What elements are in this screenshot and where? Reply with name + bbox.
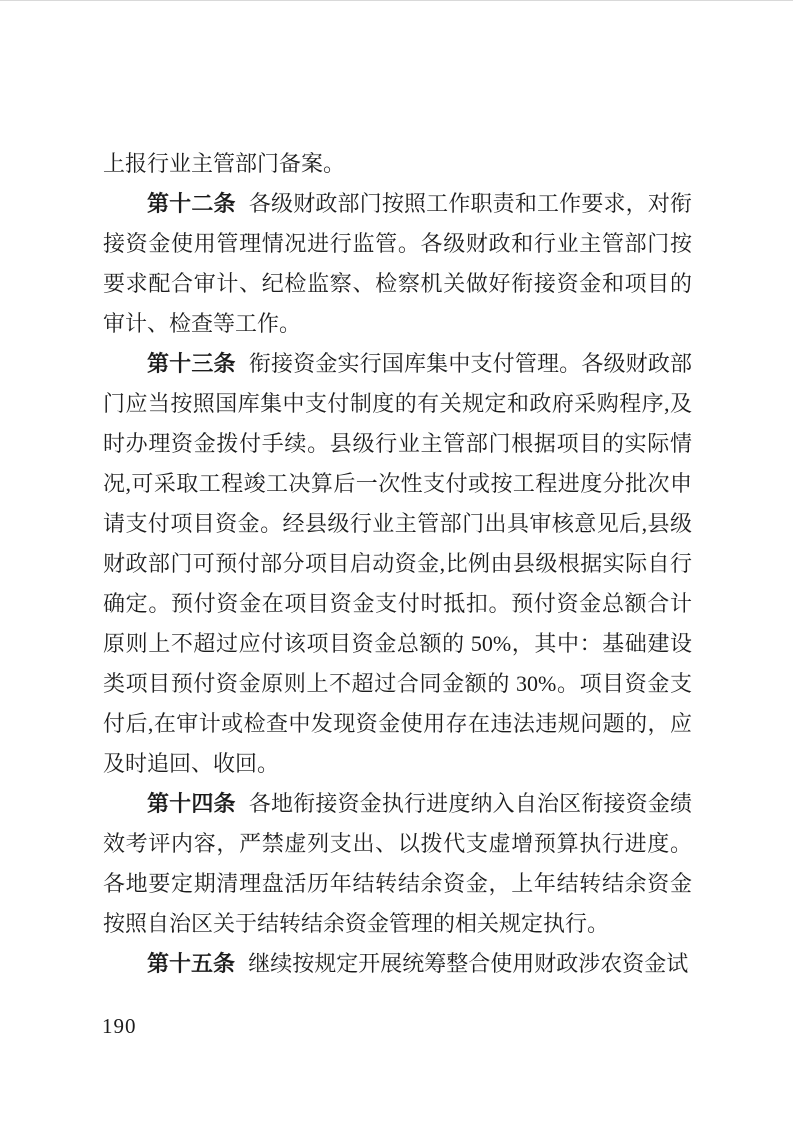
paragraph: 上报行业主管部门备案。 [103,144,692,184]
paragraph: 第十二条各级财政部门按照工作职责和工作要求，对衔接资金使用管理情况进行监管。各级… [103,184,692,344]
paragraph-text: 上报行业主管部门备案。 [103,151,345,176]
paragraph: 第十三条衔接资金实行国库集中支付管理。各级财政部门应当按照国库集中支付制度的有关… [103,344,692,784]
paragraph: 第十五条继续按规定开展统筹整合使用财政涉农资金试 [103,944,692,984]
paragraph [103,984,692,1024]
document-body: 上报行业主管部门备案。 第十二条各级财政部门按照工作职责和工作要求，对衔接资金使… [103,144,692,1024]
paragraph-text: 继续按规定开展统筹整合使用财政涉农资金试 [248,951,688,976]
article-number: 第十二条 [147,191,236,216]
paragraph: 第十四条各地衔接资金执行进度纳入自治区衔接资金绩效考评内容，严禁虚列支出、以拨代… [103,784,692,944]
article-number: 第十四条 [147,791,236,816]
article-number: 第十五条 [147,951,235,976]
document-page: 上报行业主管部门备案。 第十二条各级财政部门按照工作职责和工作要求，对衔接资金使… [0,0,793,1122]
page-number: 190 [102,1014,137,1038]
paragraph-text: 衔接资金实行国库集中支付管理。各级财政部门应当按照国库集中支付制度的有关规定和政… [103,351,692,776]
article-number: 第十三条 [147,351,236,376]
